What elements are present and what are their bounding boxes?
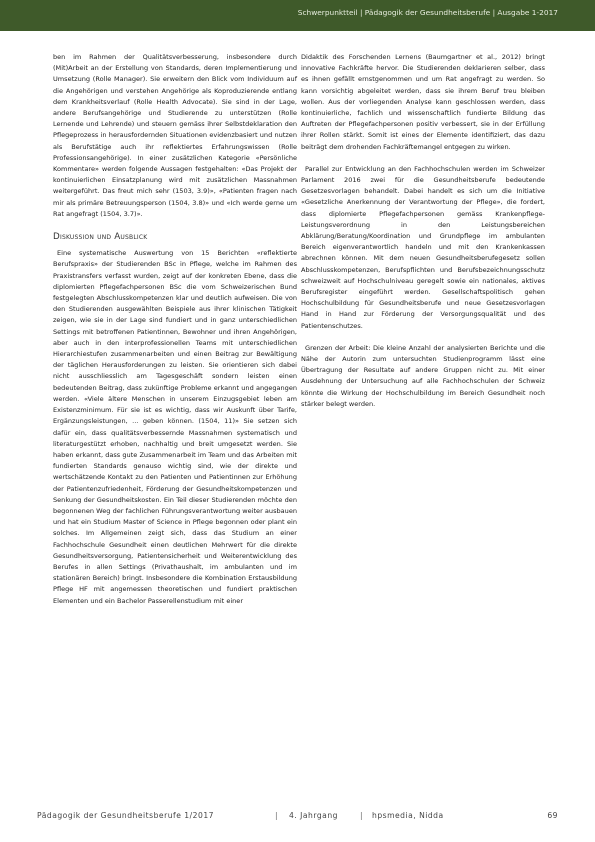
footer-separator: | (275, 811, 278, 820)
paragraph: ben im Rahmen der Qualitätsverbesserung,… (53, 52, 297, 220)
footer-publisher: hpsmedia, Nidda (372, 811, 444, 820)
footer-separator: | (360, 811, 363, 820)
left-column: ben im Rahmen der Qualitätsverbesserung,… (53, 52, 297, 607)
footer-journal: Pädagogik der Gesundheitsberufe 1/2017 (37, 811, 214, 820)
footer-volume: 4. Jahrgang (289, 811, 338, 820)
section-heading: Diskussion und Ausblick (53, 232, 297, 243)
page-footer: Pädagogik der Gesundheitsberufe 1/2017 |… (37, 811, 558, 825)
running-title: Schwerpunktteil | Pädagogik der Gesundhe… (298, 8, 558, 17)
paragraph: Grenzen der Arbeit: Die kleine Anzahl de… (301, 343, 545, 410)
paragraph: Didaktik des Forschenden Lernens (Baumga… (301, 52, 545, 153)
page-number: 69 (547, 811, 558, 820)
right-column: Didaktik des Forschenden Lernens (Baumga… (301, 52, 545, 410)
running-header-bar: Schwerpunktteil | Pädagogik der Gesundhe… (0, 0, 595, 31)
paragraph: Eine systematische Auswertung von 15 Ber… (53, 248, 297, 607)
paragraph: Parallel zur Entwicklung an den Fachhoch… (301, 164, 545, 332)
